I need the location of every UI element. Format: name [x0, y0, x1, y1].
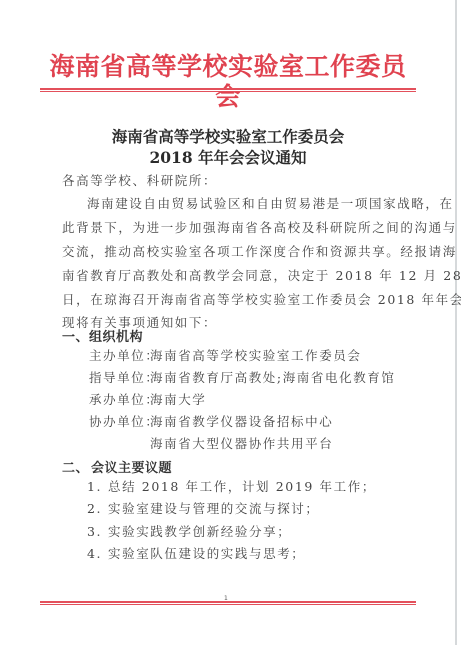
- salutation: 各高等学校、科研院所：: [62, 173, 217, 189]
- document-title-line2: 2018 年年会会议通知: [40, 148, 416, 168]
- org-row-value: 海南省大型仪器协作共用平台: [150, 436, 333, 452]
- section2-heading: 会议主要议题: [91, 457, 172, 476]
- section2-heading-number: 二、: [62, 457, 89, 476]
- agenda-item-number: 1.: [87, 479, 102, 495]
- section1-heading: 一、组织机构: [62, 326, 143, 345]
- org-row-label: 协办单位：: [89, 414, 160, 430]
- org-row-value: 海南省教育厅高教处;海南省电化教育馆: [150, 370, 396, 386]
- agenda-item-number: 3.: [87, 524, 102, 540]
- page-edge-divider: [455, 0, 457, 645]
- footer-red-rule: [40, 601, 416, 605]
- agenda-item-text: 实验室建设与管理的交流与探讨；: [108, 501, 320, 517]
- org-row-label: 主办单位：: [89, 348, 160, 364]
- intro-paragraph-line: 日，在琼海召开海南省高等学校实验室工作委员会 2018 年年会。: [62, 292, 461, 308]
- agenda-item-number: 4.: [87, 546, 102, 562]
- org-row-value: 海南省高等学校实验室工作委员会: [150, 348, 362, 364]
- org-row-value: 海南省教学仪器设备招标中心: [150, 414, 333, 430]
- org-row-label: 指导单位：: [89, 370, 160, 386]
- agenda-item-number: 2.: [87, 501, 102, 517]
- intro-paragraph-line: 交流，推动高校实验室各项工作深度合作和资源共享。经报请海: [62, 244, 457, 260]
- letterhead-title: 海南省高等学校实验室工作委员会: [40, 52, 416, 112]
- page-number: 1: [224, 595, 228, 602]
- agenda-item-text: 实验室队伍建设的实践与思考；: [108, 546, 305, 562]
- intro-paragraph-line: 南省教育厅高教处和高教学会同意，决定于 2018 年 12 月 28-29: [62, 268, 461, 284]
- org-row-label: 承办单位：: [89, 392, 160, 408]
- letterhead-red-rule: [40, 88, 416, 92]
- intro-paragraph-line: 此背景下，为进一步加强海南省各高校及科研院所之间的沟通与: [62, 220, 457, 236]
- agenda-item-text: 总结 2018 年工作，计划 2019 年工作；: [108, 479, 376, 495]
- org-row-value: 海南大学: [150, 392, 206, 408]
- intro-paragraph-line: 海南建设自由贸易试验区和自由贸易港是一项国家战略，在: [87, 196, 454, 212]
- document-title-line1: 海南省高等学校实验室工作委员会: [40, 127, 416, 147]
- agenda-item-text: 实验实践教学创新经验分享；: [108, 524, 291, 540]
